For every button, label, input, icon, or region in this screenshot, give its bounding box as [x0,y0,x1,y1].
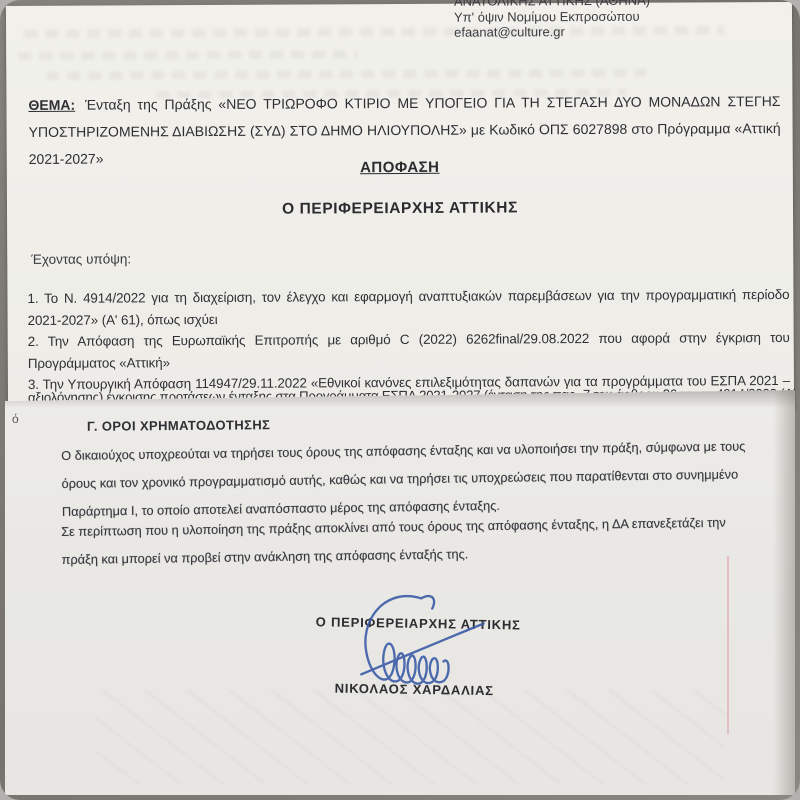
subject-text: Ένταξη της Πράξης «ΝΕΟ ΤΡΙΩΡΟΦΟ ΚΤΙΡΙΟ Μ… [29,93,781,167]
decision-heading: ΑΠΟΦΑΣΗ [7,157,793,178]
page-edge-shading [773,390,795,795]
document-photo: ΑΝΑΤΟΛΙΚΗΣ ΑΤΤΙΚΗΣ (ΑΘΗΝΑ) Υπ' όψιν Νομί… [0,0,800,800]
subject-label: ΘΕΜΑ: [28,97,75,113]
signature-block: Ο ΠΕΡΙΦΕΡΕΙΑΡΧΗΣ ΑΤΤΙΚΗΣ ΝΙΚΟΛΑΟΣ ΧΑΡΔΑΛ… [304,606,546,730]
signatory-name: ΝΙΚΟΛΑΟΣ ΧΑΡΔΑΛΙΑΣ [335,681,494,698]
section-heading: Γ. ΟΡΟΙ ΧΡΗΜΑΤΟΔΟΤΗΣΗΣ [87,417,270,434]
terms-paragraph-2: Σε περίπτωση που η υλοποίηση της πράξης … [61,508,752,574]
authority-heading: Ο ΠΕΡΙΦΕΡΕΙΑΡΧΗΣ ΑΤΤΙΚΗΣ [7,198,793,220]
having-regard-label: Έχοντας υπόψη: [31,251,131,267]
page-1: ΑΝΑΤΟΛΙΚΗΣ ΑΤΤΙΚΗΣ (ΑΘΗΝΑ) Υπ' όψιν Νομί… [6,2,794,412]
bleed-through-stripe [18,50,358,60]
legal-item-2: 2. Την Απόφαση της Ευρωπαϊκής Επιτροπής … [28,327,790,374]
legal-item-1: 1. Το Ν. 4914/2022 για τη διαχείριση, το… [27,284,789,331]
stray-mark: ό [12,412,19,426]
recipient-line-2: Υπ' όψιν Νομίμου Εκπροσώπου [454,8,650,25]
bleed-through-stripe [46,69,646,80]
recipient-block: ΑΝΑΤΟΛΙΚΗΣ ΑΤΤΙΚΗΣ (ΑΘΗΝΑ) Υπ' όψιν Νομί… [454,0,650,40]
recipient-email: efaanat@culture.gr [454,24,650,41]
pink-fold-line [727,556,729,734]
page-2: ό Γ. ΟΡΟΙ ΧΡΗΜΑΤΟΔΟΤΗΣΗΣ Ο δικαιούχος υπ… [5,390,795,795]
